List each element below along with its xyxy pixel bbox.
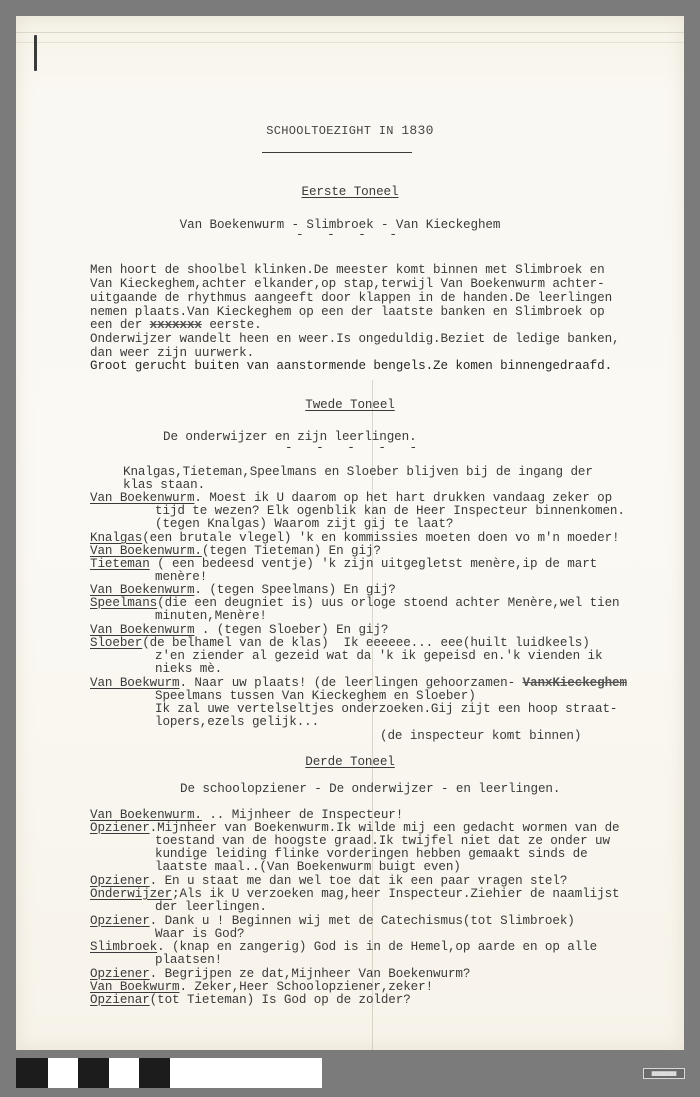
archive-label: ████████ [643,1068,685,1079]
title-underline [262,152,412,153]
dialogue-continuation: (tegen Knalgas) Waarom zijt gij te laat? [155,518,453,531]
speaker-name: Opzienar [90,993,150,1007]
speaker-name: Van Boekwurm [90,980,180,994]
scene-1-heading: Eerste Toneel [0,186,700,199]
speaker-name: Knalgas [90,531,142,545]
calibration-black-patch [139,1058,170,1088]
dialogue-continuation: nieks mè. [155,663,222,676]
calibration-white-patch [109,1058,139,1088]
speaker-name: Van Boekenwurm. [90,544,202,558]
stage-direction-line: Van Kieckeghem,achter elkander,op stap,t… [90,278,605,291]
dialogue-continuation: minuten,Menère! [155,610,267,623]
dialogue-continuation: z'en ziender al gezeid wat da 'k ik gepe… [155,650,602,663]
speaker-name: Van Boekenwurm [90,583,194,597]
scene-2-dashes: - - - - - [285,442,425,455]
stage-direction-line: uitgaande de rhythmus aangeeft door klap… [90,292,612,305]
color-calibration-strip [16,1058,322,1088]
speaker-name: Van Boekwurm [90,676,180,690]
dialogue-continuation: lopers,ezels gelijk... [155,716,319,729]
scene-3-subtitle: De schoolopziener - De onderwijzer - en … [180,783,560,796]
struck-out-text: VanxKieckeghem [523,676,627,690]
dialogue-continuation: plaatsen! [155,954,222,967]
speaker-name: Slimbroek [90,940,157,954]
calibration-white-patch [48,1058,78,1088]
stage-direction-line: Onderwijzer wandelt heen en weer.Is onge… [90,333,619,346]
dialogue-continuation: der leerlingen. [155,901,267,914]
stage-direction-line: Groot gerucht buiten van aanstormende be… [90,360,612,373]
speaker-name: Opziener [90,874,150,888]
calibration-white-patch [170,1058,322,1088]
scene-3-heading: Derde Toneel [0,756,700,769]
stage-direction-line: Men hoort de shoolbel klinken.De meester… [90,264,605,277]
speaker-name: Speelmans [90,596,157,610]
speaker-name: Opziener [90,914,150,928]
document-title: SCHOOLTOEZIGHT IN 1830 [0,124,700,138]
speaker-name: Onderwijzer [90,887,172,901]
stage-direction-line: een der xxxxxxx eerste. [90,319,262,332]
speaker-name: Sloeber [90,636,142,650]
calibration-black-patch [78,1058,109,1088]
speaker-name: Van Boekenwurm [90,491,194,505]
speaker-name: Van Boekenwurm. [90,808,202,822]
staple-mark [34,35,37,71]
dialogue-line: Opzienar(tot Tieteman) Is God op de zold… [90,994,411,1007]
dialogue-continuation: laatste maal..(Van Boekenwurm buigt even… [155,861,461,874]
calibration-black-patch [16,1058,48,1088]
struck-out-text: xxxxxxx [150,318,202,332]
speaker-name: Van Boekenwurm [90,623,194,637]
speaker-name: Tieteman [90,557,150,571]
paper-fold-line [16,32,684,33]
paper-fold-line [16,42,684,43]
scene-1-dashes: - - - - [296,229,405,242]
speaker-name: Opziener [90,967,150,981]
scene-2-heading: Twede Toneel [0,399,700,412]
stage-direction-line: (de inspecteur komt binnen) [380,730,581,743]
speaker-name: Opziener [90,821,150,835]
